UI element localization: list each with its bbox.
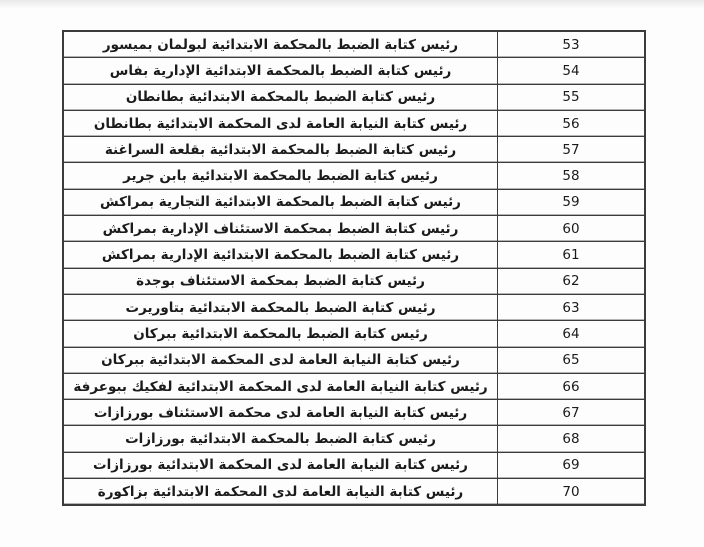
table-row: رئيس كتابة الضبط بالمحكمة الابتدائية بطا… — [64, 84, 645, 110]
position-title: رئيس كتابة الضبط بالمحكمة الابتدائية ببر… — [64, 321, 498, 347]
position-title: رئيس كتابة النيابة العامة لدى المحكمة ال… — [64, 452, 498, 478]
table-row: رئيس كتابة الضبط بالمحكمة الابتدائية ببر… — [64, 321, 645, 347]
row-number: 55 — [498, 84, 645, 110]
row-number: 63 — [498, 294, 645, 320]
positions-table: رئيس كتابة الضبط بالمحكمة الابتدائية لبو… — [63, 31, 645, 505]
row-number: 69 — [498, 452, 645, 478]
table-row: رئيس كتابة النيابة العامة لدى محكمة الاس… — [64, 400, 645, 426]
position-title: رئيس كتابة الضبط بالمحكمة الابتدائية لبو… — [64, 32, 498, 58]
row-number: 57 — [498, 137, 645, 163]
scanned-document-page: رئيس كتابة الضبط بالمحكمة الابتدائية لبو… — [0, 0, 704, 547]
position-title: رئيس كتابة الضبط بالمحكمة الابتدائية الت… — [64, 189, 498, 215]
position-title: رئيس كتابة النيابة العامة لدى المحكمة ال… — [64, 479, 498, 505]
row-number: 56 — [498, 110, 645, 136]
table-row: رئيس كتابة النيابة العامة لدى المحكمة ال… — [64, 479, 645, 505]
table-row: رئيس كتابة الضبط بالمحكمة الابتدائية الإ… — [64, 242, 645, 268]
table-row: رئيس كتابة الضبط بالمحكمة الابتدائية الإ… — [64, 58, 645, 84]
position-title: رئيس كتابة الضبط بالمحكمة الابتدائية بطا… — [64, 84, 498, 110]
table-row: رئيس كتابة الضبط بمحكمة الاستئناف الإدار… — [64, 216, 645, 242]
position-title: رئيس كتابة الضبط بالمحكمة الابتدائية الإ… — [64, 242, 498, 268]
row-number: 58 — [498, 163, 645, 189]
table-row: رئيس كتابة الضبط بالمحكمة الابتدائية لبو… — [64, 32, 645, 58]
position-title: رئيس كتابة النيابة العامة لدى محكمة الاس… — [64, 400, 498, 426]
row-number: 59 — [498, 189, 645, 215]
table-row: رئيس كتابة النيابة العامة لدى المحكمة ال… — [64, 347, 645, 373]
position-title: رئيس كتابة الضبط بالمحكمة الابتدائية بور… — [64, 426, 498, 452]
position-title: رئيس كتابة الضبط بمحكمة الاستئناف بوجدة — [64, 268, 498, 294]
row-number: 62 — [498, 268, 645, 294]
row-number: 68 — [498, 426, 645, 452]
scan-top-shading — [0, 0, 704, 9]
row-number: 67 — [498, 400, 645, 426]
table-row: رئيس كتابة الضبط بمحكمة الاستئناف بوجدة … — [64, 268, 645, 294]
table-row: رئيس كتابة الضبط بالمحكمة الابتدائية باب… — [64, 163, 645, 189]
row-number: 61 — [498, 242, 645, 268]
row-number: 60 — [498, 216, 645, 242]
table-row: رئيس كتابة النيابة العامة لدى المحكمة ال… — [64, 373, 645, 399]
row-number: 66 — [498, 373, 645, 399]
position-title: رئيس كتابة الضبط بمحكمة الاستئناف الإدار… — [64, 216, 498, 242]
row-number: 64 — [498, 321, 645, 347]
position-title: رئيس كتابة النيابة العامة لدى المحكمة ال… — [64, 110, 498, 136]
row-number: 70 — [498, 479, 645, 505]
table-row: رئيس كتابة النيابة العامة لدى المحكمة ال… — [64, 452, 645, 478]
row-number: 65 — [498, 347, 645, 373]
position-title: رئيس كتابة النيابة العامة لدى المحكمة ال… — [64, 373, 498, 399]
table-row: رئيس كتابة الضبط بالمحكمة الابتدائية الت… — [64, 189, 645, 215]
table-row: رئيس كتابة الضبط بالمحكمة الابتدائية بور… — [64, 426, 645, 452]
table-row: رئيس كتابة الضبط بالمحكمة الابتدائية بتا… — [64, 294, 645, 320]
positions-table-body: رئيس كتابة الضبط بالمحكمة الابتدائية لبو… — [64, 32, 645, 505]
table-row: رئيس كتابة الضبط بالمحكمة الابتدائية بقل… — [64, 137, 645, 163]
position-title: رئيس كتابة النيابة العامة لدى المحكمة ال… — [64, 347, 498, 373]
position-title: رئيس كتابة الضبط بالمحكمة الابتدائية بقل… — [64, 137, 498, 163]
row-number: 54 — [498, 58, 645, 84]
position-title: رئيس كتابة الضبط بالمحكمة الابتدائية بتا… — [64, 294, 498, 320]
row-number: 53 — [498, 32, 645, 58]
position-title: رئيس كتابة الضبط بالمحكمة الابتدائية باب… — [64, 163, 498, 189]
position-title: رئيس كتابة الضبط بالمحكمة الابتدائية الإ… — [64, 58, 498, 84]
table-row: رئيس كتابة النيابة العامة لدى المحكمة ال… — [64, 110, 645, 136]
